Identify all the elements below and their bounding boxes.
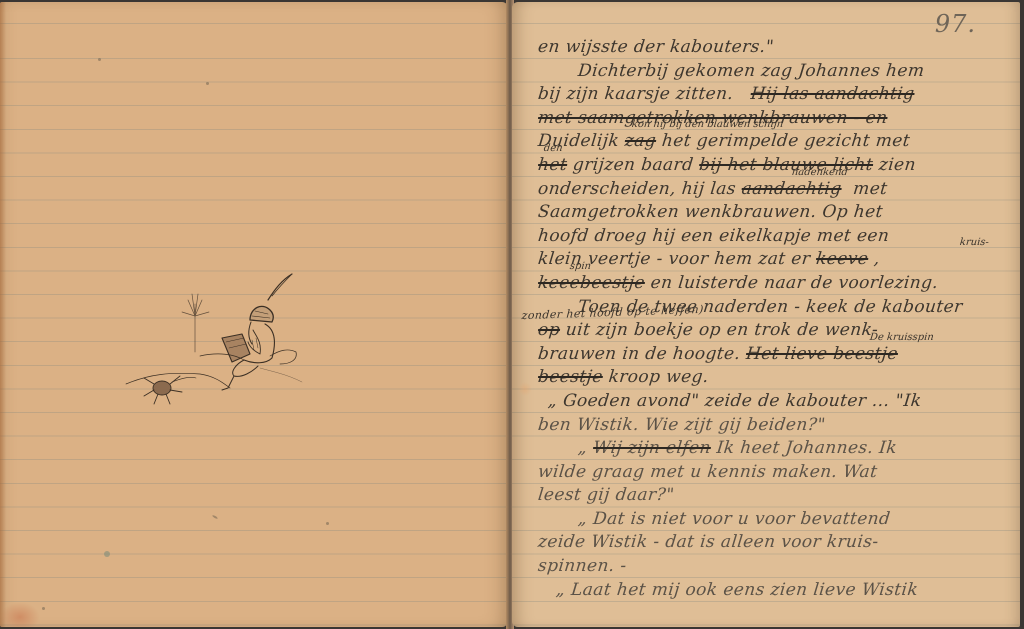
- text-line: „ Laat het mij ook eens zien lieve Wisti…: [537, 579, 1015, 603]
- struck-text: beestje: [537, 367, 604, 387]
- struck-text: het: [537, 155, 568, 175]
- text-line: ben Wistik. Wie zijt gij beiden?": [537, 414, 1015, 438]
- line-text: hoofd droeg hij een eikelkapje met een: [537, 226, 890, 246]
- gnome-reading-drawing: [110, 264, 310, 414]
- text-line: zonder het hoofd op te heffen) op uit zi…: [537, 319, 1015, 343]
- struck-text: aandachtig: [741, 179, 843, 199]
- line-text: spinnen. -: [537, 556, 628, 576]
- line-text: „ Goeden avond" zeide de kabouter ... "I…: [547, 391, 922, 411]
- struck-text: Het lieve beestje: [745, 344, 899, 364]
- line-text: en wijsste der kabouters.": [537, 37, 775, 57]
- paper-speck: [212, 515, 218, 520]
- paper-speck: [98, 58, 101, 61]
- line-text: zeide Wistik - dat is alleen voor kruis-: [537, 532, 880, 552]
- line-text: uit zijn boekje op en trok de wenk-: [565, 320, 879, 340]
- text-line: „ Dat is niet voor u voor bevattend: [537, 508, 1015, 532]
- struck-text: keeve: [815, 249, 869, 269]
- spider-icon: [144, 376, 196, 404]
- text-line: Duidelijk zag kon hij bij den blauwen sc…: [537, 130, 1015, 154]
- right-page: 97. en wijsste der kabouters." Dichterbi…: [512, 2, 1020, 627]
- kabouter-sketch: Ink drawing of a bearded kabouter (gnome…: [110, 264, 310, 414]
- text-line: klein veertje - voor hem zat er keeve kr…: [537, 248, 1015, 272]
- struck-text: op: [537, 320, 561, 340]
- struck-text: Hij las aandachtig: [750, 84, 916, 104]
- line-text: Ik heet Johannes. Ik: [716, 438, 898, 458]
- struck-text: zag: [624, 131, 657, 151]
- paper-stain: [518, 382, 532, 396]
- text-line: Saamgetrokken wenkbrauwen. Op het: [537, 201, 1015, 225]
- text-line: hoofd droeg hij een eikelkapje met een: [537, 225, 1015, 249]
- left-page: Ink drawing of a bearded kabouter (gnome…: [0, 2, 508, 627]
- text-line: wilde graag met u kennis maken. Wat: [537, 461, 1015, 485]
- line-text: ,: [873, 249, 881, 269]
- text-line: het den grijzen baard bij het blauwe lic…: [537, 154, 1015, 178]
- page-number: 97.: [935, 10, 976, 38]
- line-text: bij zijn kaarsje zitten.: [537, 84, 734, 104]
- line-text: onderscheiden, hij las: [537, 179, 737, 199]
- text-line: beestje kroop weg.: [537, 366, 1015, 390]
- interlinear-insertion: kruis-: [959, 238, 989, 248]
- handwritten-text: en wijsste der kabouters." Dichterbij ge…: [538, 36, 1014, 602]
- text-line: spinnen. -: [537, 555, 1015, 579]
- interlinear-insertion: kon hij bij den blauwen schijn: [631, 120, 784, 130]
- text-line: keeebeestje spin en luisterde naar de vo…: [537, 272, 1015, 296]
- text-line: brauwen in de hoogte. Het lieve beestje …: [537, 343, 1015, 367]
- line-text: brauwen in de hoogte.: [537, 344, 741, 364]
- interlinear-insertion: nadenkend: [791, 168, 848, 178]
- struck-text: keeebeestje: [537, 273, 646, 293]
- line-text: Saamgetrokken wenkbrauwen. Op het: [537, 202, 884, 222]
- paper-speck: [42, 607, 45, 610]
- text-line: onderscheiden, hij las aandachtig nadenk…: [537, 178, 1015, 202]
- paper-speck: [104, 551, 110, 557]
- line-text: ben Wistik. Wie zijt gij beiden?": [537, 415, 826, 435]
- paper-stain: [0, 602, 40, 627]
- text-line: „ Goeden avond" zeide de kabouter ... "I…: [537, 390, 1015, 414]
- line-text: „ Laat het mij ook eens zien lieve Wisti…: [555, 580, 919, 600]
- line-text: en luisterde naar de voorlezing.: [650, 273, 940, 293]
- radiating-light-icon: [182, 294, 209, 352]
- line-text: „: [577, 438, 588, 458]
- line-text: grijzen baard: [572, 155, 695, 175]
- interlinear-insertion: den: [543, 144, 563, 154]
- line-text: met: [852, 179, 888, 199]
- line-text: Dichterbij gekomen zag Johannes hem: [577, 61, 925, 81]
- notebook-spread: Ink drawing of a bearded kabouter (gnome…: [0, 0, 1024, 629]
- interlinear-insertion: spin: [569, 262, 591, 272]
- text-line: „ Wij zijn elfen Ik heet Johannes. Ik: [537, 437, 1015, 461]
- struck-text: Wij zijn elfen: [592, 438, 712, 458]
- text-line: leest gij daar?": [537, 484, 1015, 508]
- text-line: Dichterbij gekomen zag Johannes hem: [537, 60, 1015, 84]
- text-line: bij zijn kaarsje zitten. Hij las aandach…: [537, 83, 1015, 107]
- line-text: leest gij daar?": [537, 485, 675, 505]
- paper-speck: [326, 522, 329, 525]
- paper-speck: [206, 82, 209, 85]
- line-text: kroop weg.: [608, 367, 710, 387]
- text-line: en wijsste der kabouters.": [537, 36, 1015, 60]
- interlinear-insertion: De kruisspin: [869, 333, 934, 343]
- line-text: „ Dat is niet voor u voor bevattend: [577, 509, 891, 529]
- text-line: zeide Wistik - dat is alleen voor kruis-: [537, 531, 1015, 555]
- line-text: het gerimpelde gezicht met: [661, 131, 911, 151]
- line-text: zien: [878, 155, 917, 175]
- line-text: wilde graag met u kennis maken. Wat: [537, 462, 878, 482]
